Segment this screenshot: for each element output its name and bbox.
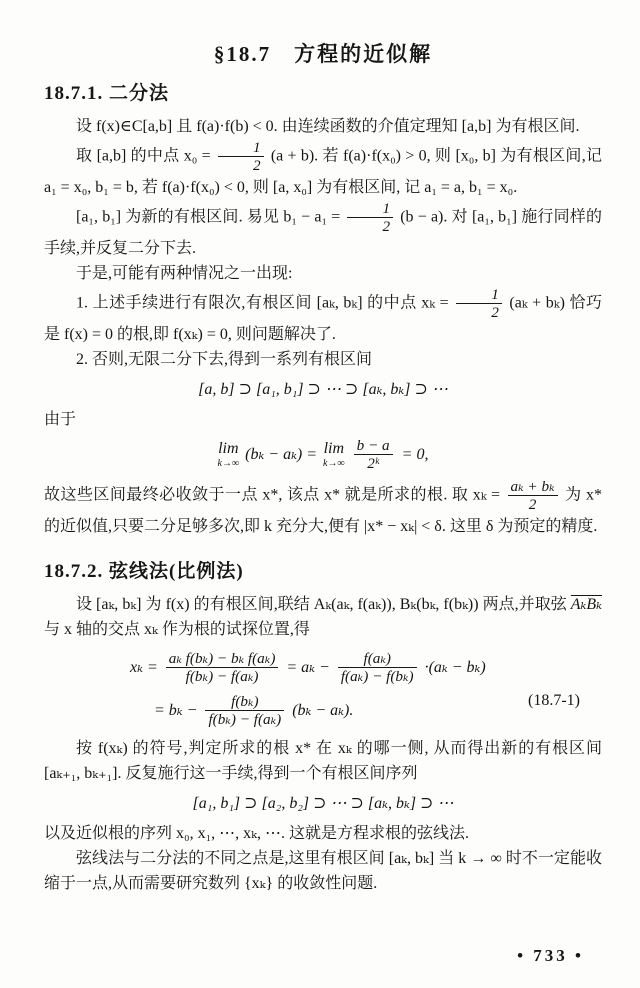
paragraph-sign-test: 按 f(xₖ) 的符号,判定所求的根 x* 在 xₖ 的哪一侧, 从而得出新的有… [44, 736, 602, 786]
fraction-denominator: 2 [508, 496, 558, 513]
section-heading-bisection: 18.7.1. 二分法 [44, 81, 602, 106]
fraction-secant-3: f(bₖ)f(bₖ) − f(aₖ) [205, 693, 284, 729]
text-segment: (bₖ − aₖ). [292, 698, 353, 723]
text-segment: 1. 上述手续进行有限次,有根区间 [aₖ, bₖ] 的中点 xₖ = [76, 295, 453, 312]
paragraph-secant-setup: 设 [aₖ, bₖ] 为 f(x) 的有根区间,联结 Aₖ(aₖ, f(aₖ))… [44, 592, 602, 642]
limit-operator: limk→∞ [218, 441, 240, 469]
fraction-numerator: 1 [218, 139, 264, 157]
fraction-denominator: 2 [347, 218, 393, 235]
page-title: §18.7 方程的近似解 [44, 42, 602, 67]
paragraph-difference-note: 弦线法与二分法的不同之点是,这里有根区间 [aₖ, bₖ] 当 k → ∞ 时不… [44, 846, 602, 896]
paragraph-root-sequence: 以及近似根的序列 x₀, x₁, ⋯, xₖ, ⋯. 这就是方程求根的弦线法. [44, 821, 602, 846]
paragraph-because: 由于 [44, 407, 602, 432]
paragraph-convergence: 故这些区间最终必收敛于一点 x*, 该点 x* 就是所求的根. 取 xₖ = a… [44, 478, 602, 539]
formula-interval-sequence: [a₁, b₁] ⊃ [a₂, b₂] ⊃ ⋯ ⊃ [aₖ, bₖ] ⊃ ⋯ [44, 791, 602, 816]
text-segment: 取 [a,b] 的中点 x₀ = [76, 148, 215, 165]
formula-nested-intervals: [a, b] ⊃ [a₁, b₁] ⊃ ⋯ ⊃ [aₖ, bₖ] ⊃ ⋯ [44, 377, 602, 402]
fraction-numerator: aₖ + bₖ [508, 478, 558, 496]
fraction-denominator: f(bₖ) − f(aₖ) [166, 668, 279, 685]
section-heading-secant: 18.7.2. 弦线法(比例法) [44, 559, 602, 584]
text-segment: xₖ = [130, 655, 158, 680]
fraction-one-half: 12 [347, 200, 393, 236]
equation-line-2: = bₖ − f(bₖ)f(bₖ) − f(aₖ) (bₖ − aₖ). [44, 693, 602, 729]
chord-overline: AₖBₖ [571, 596, 602, 613]
paragraph-case-1: 1. 上述手续进行有限次,有根区间 [aₖ, bₖ] 的中点 xₖ = 12 (… [44, 286, 602, 347]
text-segment: = 0, [402, 442, 429, 467]
text-segment: = bₖ − [154, 698, 197, 723]
document-page: §18.7 方程的近似解 18.7.1. 二分法 设 f(x)∈C[a,b] 且… [0, 0, 640, 988]
text-segment: 设 [aₖ, bₖ] 为 f(x) 的有根区间,联结 Aₖ(aₖ, f(aₖ))… [76, 596, 571, 613]
text-segment: (bₖ − aₖ) = [245, 442, 317, 467]
lim-subscript: k→∞ [323, 459, 345, 469]
fraction-denominator: 2 [456, 304, 502, 321]
formula-limit: limk→∞ (bₖ − aₖ) = limk→∞ b − a2ᵏ = 0, [44, 437, 602, 473]
fraction-secant-1: aₖ f(bₖ) − bₖ f(aₖ)f(bₖ) − f(aₖ) [166, 650, 279, 686]
fraction-one-half: 12 [456, 286, 502, 322]
fraction-numerator: 1 [456, 286, 502, 304]
text-segment: [a₁, b₁] 为新的有根区间. 易见 b₁ − a₁ = [76, 209, 344, 226]
equation-number: (18.7-1) [528, 688, 580, 713]
text-segment: ·(aₖ − bₖ) [425, 655, 486, 680]
paragraph-midpoint-rule: 取 [a,b] 的中点 x₀ = 12 (a + b). 若 f(a)·f(x₀… [44, 139, 602, 200]
fraction-b-minus-a-over-2k: b − a2ᵏ [354, 437, 393, 473]
fraction-denominator: 2ᵏ [354, 455, 393, 472]
fraction-numerator: 1 [347, 200, 393, 218]
text-segment: 故这些区间最终必收敛于一点 x*, 该点 x* 就是所求的根. 取 xₖ = [44, 486, 505, 503]
fraction-midpoint: aₖ + bₖ2 [508, 478, 558, 514]
fraction-numerator: aₖ f(bₖ) − bₖ f(aₖ) [166, 650, 279, 668]
fraction-denominator: 2 [218, 157, 264, 174]
text-segment: = aₖ − [286, 655, 329, 680]
page-number: • 733 • [517, 943, 584, 968]
fraction-numerator: f(bₖ) [205, 693, 284, 711]
paragraph-new-interval: [a₁, b₁] 为新的有根区间. 易见 b₁ − a₁ = 12 (b − a… [44, 200, 602, 261]
formula-18-7-1: xₖ = aₖ f(bₖ) − bₖ f(aₖ)f(bₖ) − f(aₖ) = … [44, 650, 602, 729]
fraction-numerator: b − a [354, 437, 393, 455]
paragraph-bisection-setup: 设 f(x)∈C[a,b] 且 f(a)·f(b) < 0. 由连续函数的介值定… [44, 114, 602, 139]
limit-operator: limk→∞ [323, 441, 345, 469]
paragraph-two-cases: 于是,可能有两种情况之一出现: [44, 261, 602, 286]
fraction-secant-2: f(aₖ)f(aₖ) − f(bₖ) [338, 650, 417, 686]
fraction-one-half: 12 [218, 139, 264, 175]
fraction-denominator: f(aₖ) − f(bₖ) [338, 668, 417, 685]
lim-text: lim [324, 441, 344, 457]
fraction-denominator: f(bₖ) − f(aₖ) [205, 711, 284, 728]
paragraph-case-2: 2. 否则,无限二分下去,得到一系列有根区间 [44, 347, 602, 372]
lim-text: lim [218, 441, 238, 457]
lim-subscript: k→∞ [218, 459, 240, 469]
text-segment: 与 x 轴的交点 xₖ 作为根的试探位置,得 [44, 621, 310, 638]
fraction-numerator: f(aₖ) [338, 650, 417, 668]
equation-line-1: xₖ = aₖ f(bₖ) − bₖ f(aₖ)f(bₖ) − f(aₖ) = … [44, 650, 602, 686]
